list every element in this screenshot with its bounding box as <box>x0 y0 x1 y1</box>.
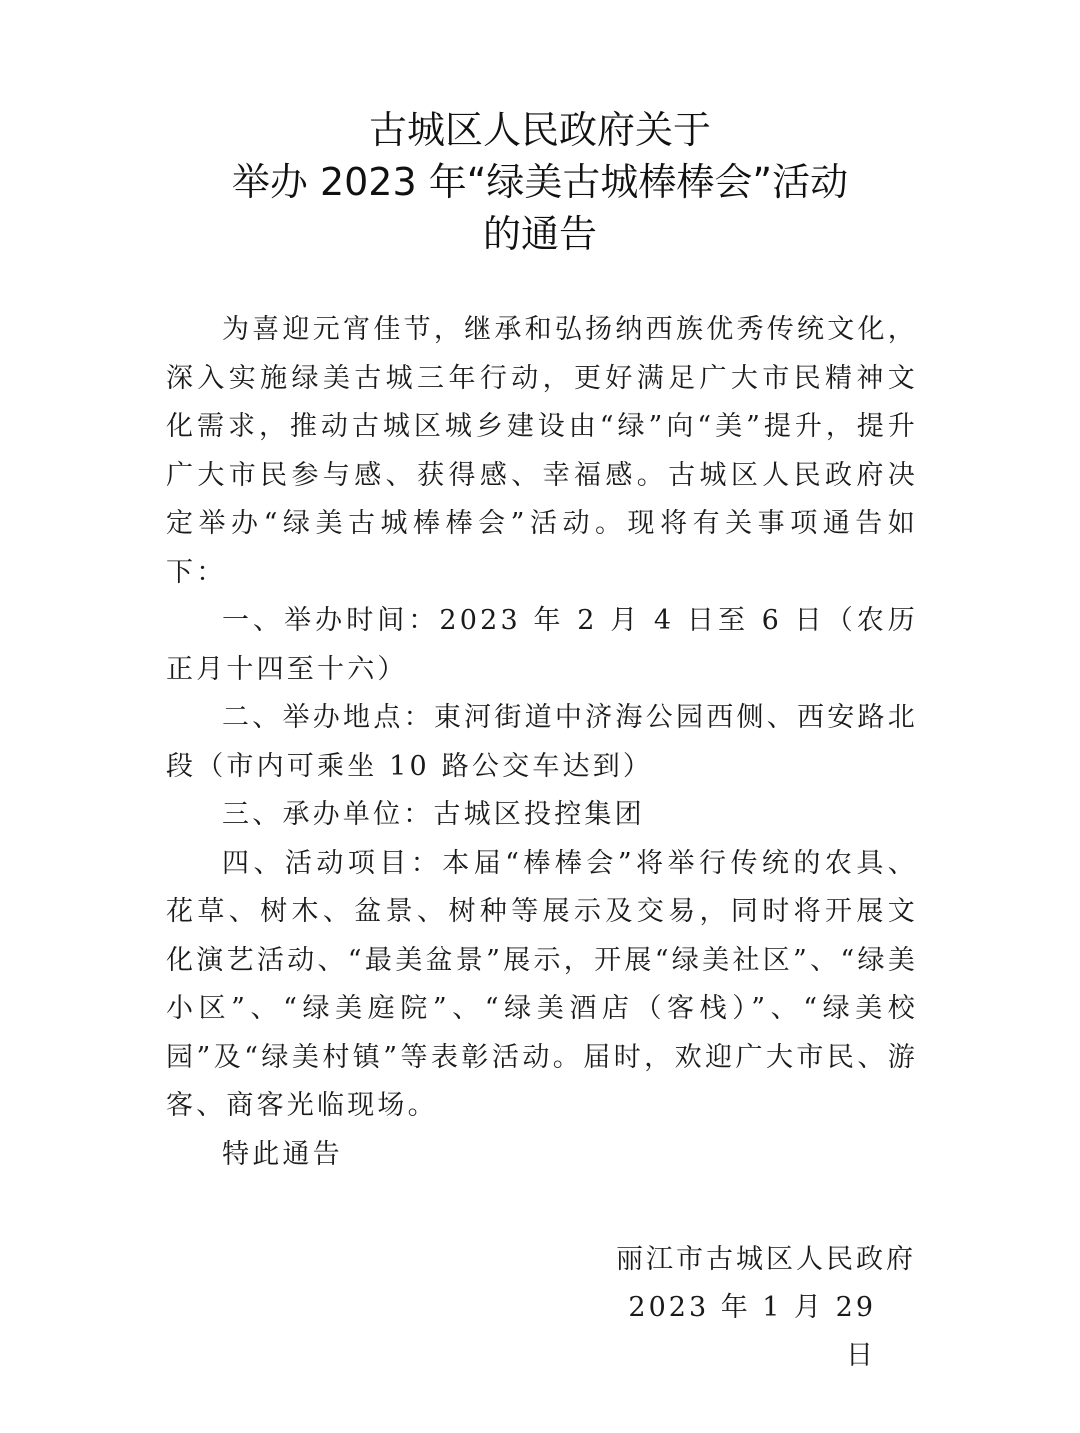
title-line-3: 的通告 <box>0 208 1080 260</box>
section-time: 一、举办时间：2023 年 2 月 4 日至 6 日（农历正月十四至十六） <box>166 597 918 694</box>
title-line-1: 古城区人民政府关于 <box>0 104 1080 156</box>
section-activities: 四、活动项目：本届“棒棒会”将举行传统的农具、花草、树木、盆景、树种等展示及交易… <box>166 840 918 1131</box>
section-location: 二、举办地点：東河街道中济海公园西侧、西安路北段（市内可乘坐 10 路公交车达到… <box>166 694 918 791</box>
document-title: 古城区人民政府关于 举办 2023 年“绿美古城棒棒会”活动 的通告 <box>0 104 1080 260</box>
title-line-2: 举办 2023 年“绿美古城棒棒会”活动 <box>0 156 1080 208</box>
document-page: 古城区人民政府关于 举办 2023 年“绿美古城棒棒会”活动 的通告 为喜迎元宵… <box>0 0 1080 1433</box>
issue-date: 2023 年 1 月 29 日 <box>600 1284 920 1380</box>
section-organizer: 三、承办单位：古城区投控集团 <box>166 791 918 840</box>
signature-block: 丽江市古城区人民政府 2023 年 1 月 29 日 <box>600 1236 920 1380</box>
issuing-organization: 丽江市古城区人民政府 <box>600 1236 920 1284</box>
closing-statement: 特此通告 <box>166 1131 918 1180</box>
intro-paragraph: 为喜迎元宵佳节，继承和弘扬纳西族优秀传统文化，深入实施绿美古城三年行动，更好满足… <box>166 306 918 597</box>
document-body: 为喜迎元宵佳节，继承和弘扬纳西族优秀传统文化，深入实施绿美古城三年行动，更好满足… <box>166 306 918 1179</box>
